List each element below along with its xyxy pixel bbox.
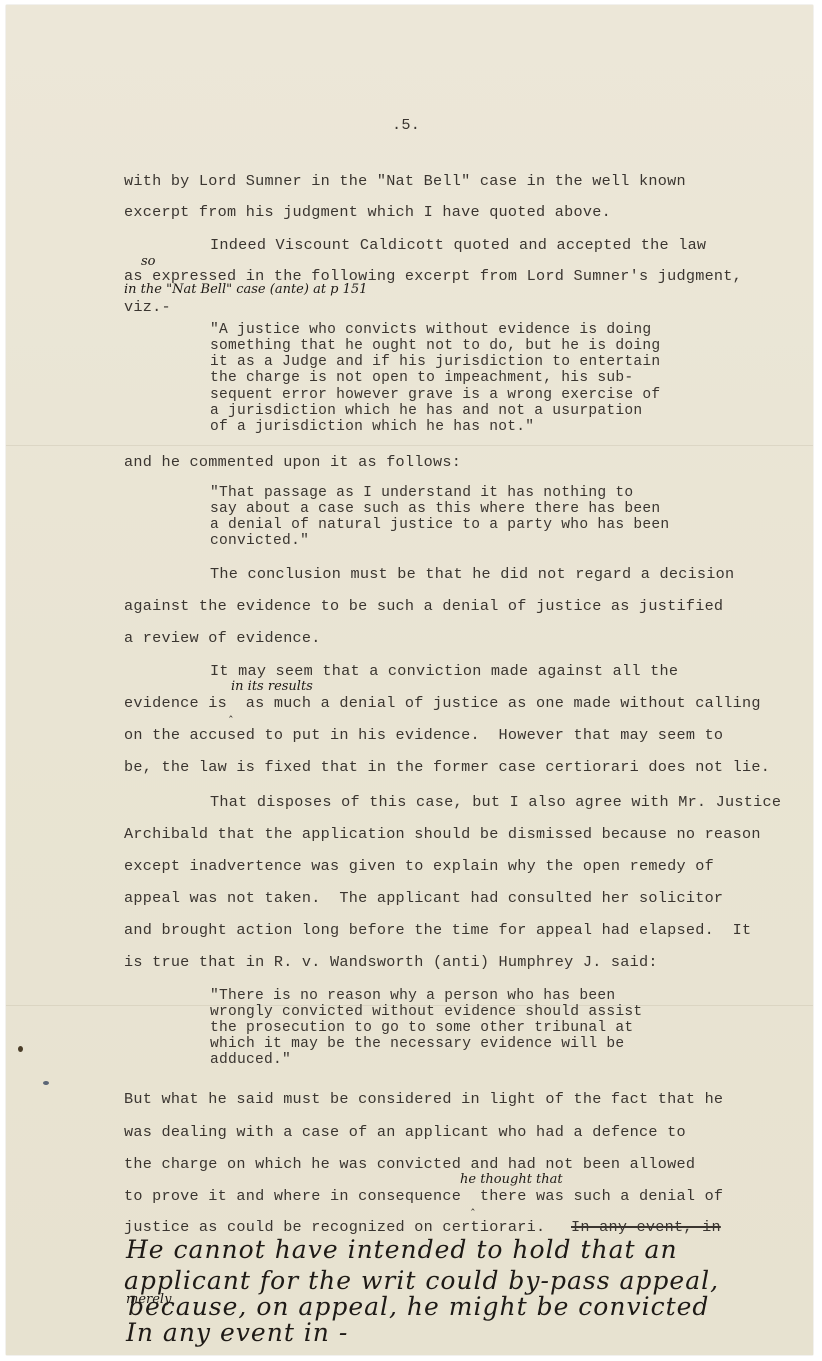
text-line: with by Lord Sumner in the "Nat Bell" ca…: [124, 173, 686, 189]
block-quote-line: "There is no reason why a person who has…: [210, 988, 615, 1004]
block-quote-line: adduced.": [210, 1052, 291, 1068]
handwritten-insertion: he thought that: [460, 1172, 563, 1187]
insertion-caret-icon: ‸: [229, 705, 233, 718]
text-line: a review of evidence.: [124, 630, 321, 646]
block-quote-line: say about a case such as this where ther…: [210, 501, 660, 517]
page-number: .5.: [392, 117, 420, 133]
block-quote-line: convicted.": [210, 533, 309, 549]
text-line: excerpt from his judgment which I have q…: [124, 204, 611, 220]
text-line: to prove it and where in consequence the…: [124, 1188, 723, 1204]
text-line: the charge on which he was convicted and…: [124, 1156, 695, 1172]
block-quote-line: a jurisdiction which he has and not a us…: [210, 403, 642, 419]
block-quote-line: something that he ought not to do, but h…: [210, 338, 660, 354]
block-quote-line: "That passage as I understand it has not…: [210, 485, 633, 501]
block-quote-line: of a jurisdiction which he has not.": [210, 419, 534, 435]
text-line: be, the law is fixed that in the former …: [124, 759, 770, 775]
text-line: except inadvertence was given to explain…: [124, 858, 714, 874]
text-line: and brought action long before the time …: [124, 922, 751, 938]
ink-speck: [18, 1046, 23, 1052]
text-line: justice as could be recognized on certio…: [124, 1219, 545, 1235]
text-line: against the evidence to be such a denial…: [124, 598, 723, 614]
text-line: viz.-: [124, 299, 171, 315]
text-line: evidence is as much a denial of justice …: [124, 695, 761, 711]
handwritten-line: because, on appeal, he might be convicte…: [128, 1292, 709, 1321]
struck-text: In any event, in: [571, 1219, 721, 1235]
text-line: It may seem that a conviction made again…: [210, 663, 678, 679]
block-quote-line: "A justice who convicts without evidence…: [210, 322, 651, 338]
block-quote-line: the prosecution to go to some other trib…: [210, 1020, 633, 1036]
block-quote-line: which it may be the necessary evidence w…: [210, 1036, 624, 1052]
block-quote-line: the charge is not open to impeachment, h…: [210, 370, 633, 386]
handwritten-line: He cannot have intended to hold that an: [126, 1235, 678, 1264]
handwritten-insertion: in its results: [231, 679, 313, 694]
handwritten-annotation: in the "Nat Bell" case (ante) at p 151: [124, 282, 367, 297]
text-line: on the accused to put in his evidence. H…: [124, 727, 723, 743]
text-line: appeal was not taken. The applicant had …: [124, 890, 723, 906]
text-line: Archibald that the application should be…: [124, 826, 761, 842]
text-line: was dealing with a case of an applicant …: [124, 1124, 686, 1140]
block-quote-line: wrongly convicted without evidence shoul…: [210, 1004, 642, 1020]
handwritten-line: In any event in -: [126, 1318, 348, 1347]
insertion-caret-icon: ‸: [471, 1198, 475, 1211]
text-line: and he commented upon it as follows:: [124, 454, 461, 470]
block-quote-line: a denial of natural justice to a party w…: [210, 517, 669, 533]
text-line: That disposes of this case, but I also a…: [210, 794, 781, 810]
text-line: The conclusion must be that he did not r…: [210, 566, 734, 582]
text-line: is true that in R. v. Wandsworth (anti) …: [124, 954, 658, 970]
text-line: Indeed Viscount Caldicott quoted and acc…: [210, 237, 706, 253]
block-quote-line: sequent error however grave is a wrong e…: [210, 387, 660, 403]
ink-speck: [43, 1081, 49, 1085]
handwritten-line: applicant for the writ could by-pass app…: [124, 1266, 719, 1295]
block-quote-line: it as a Judge and if his jurisdiction to…: [210, 354, 660, 370]
paper-fold: [6, 445, 813, 446]
text-line: But what he said must be considered in l…: [124, 1091, 723, 1107]
